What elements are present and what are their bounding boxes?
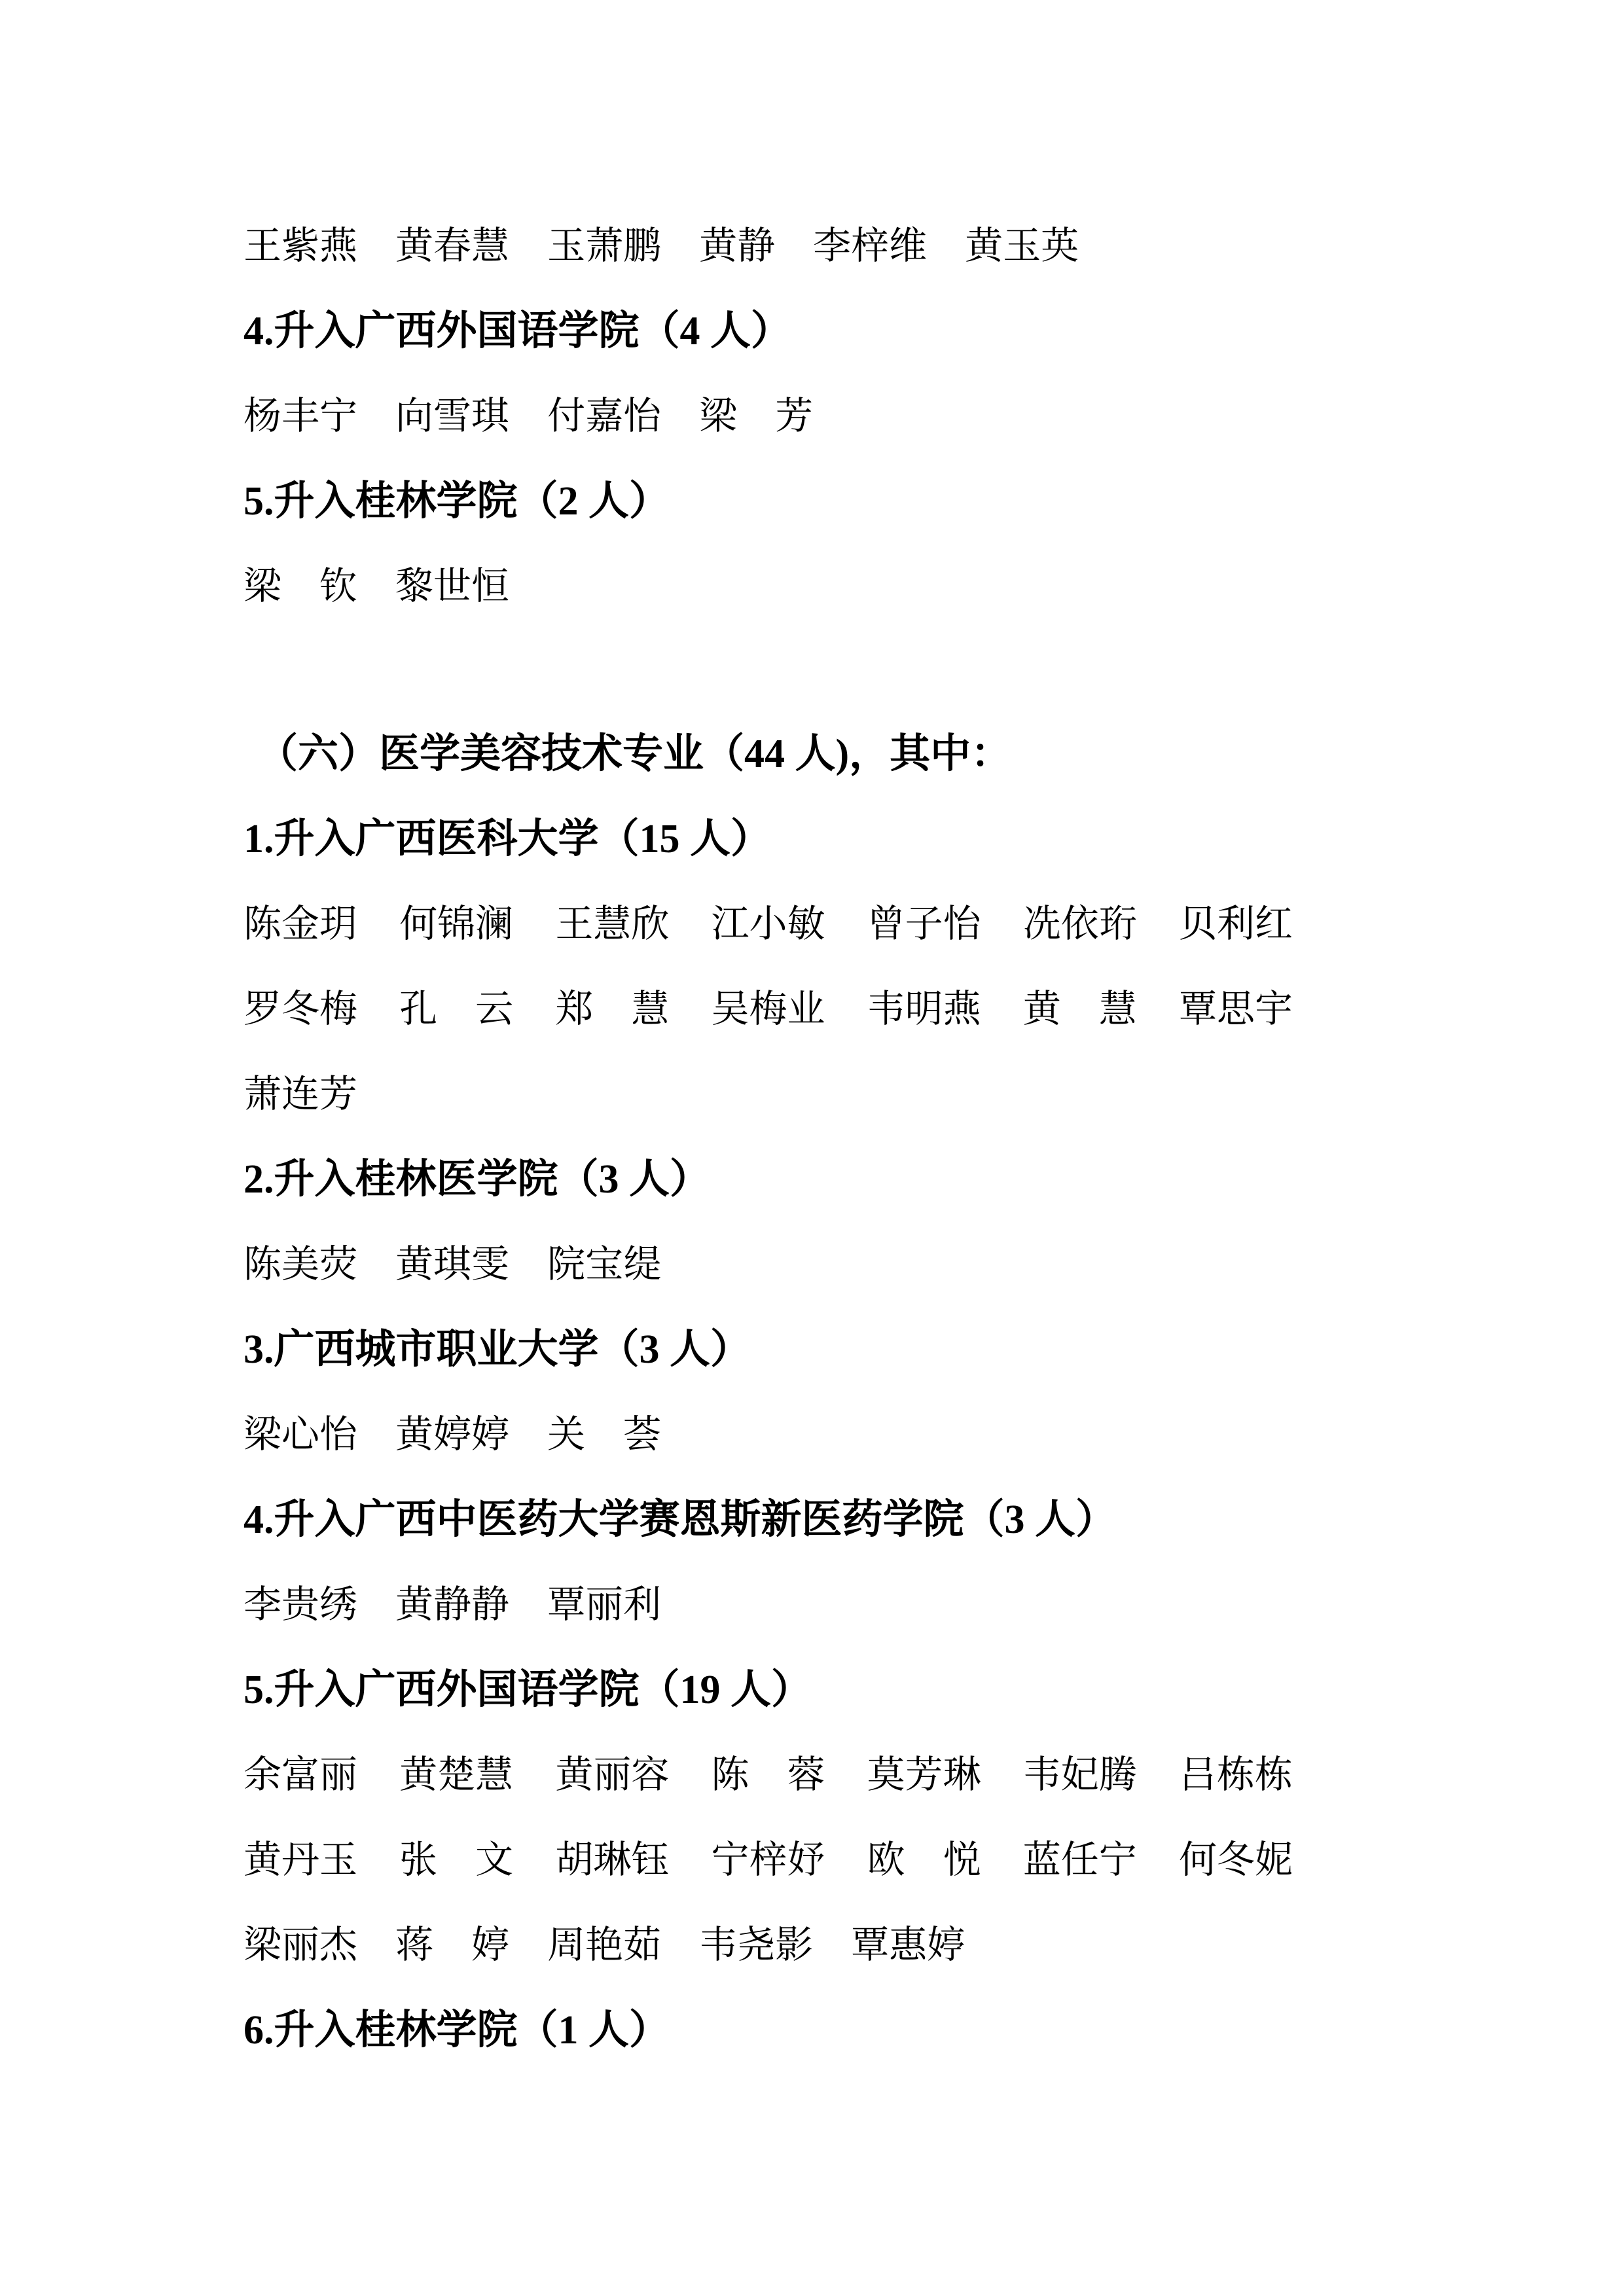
student-name: 贝利红: [1179, 882, 1293, 967]
subsection-heading: 3.广西城市职业大学（3 人）: [244, 1307, 1293, 1392]
student-name: 向雪琪: [395, 395, 509, 437]
student-name: 黄琪雯: [395, 1243, 509, 1285]
student-names-line: 杨丰宁 向雪琪 付嘉怡 梁 芳: [244, 374, 1293, 459]
student-name: 梁心怡: [244, 1413, 357, 1456]
student-name: 欧 悦: [867, 1818, 981, 1903]
student-name: 黄静: [699, 224, 775, 267]
student-names-line: 陈美荧 黄琪雯 院宝缇: [244, 1222, 1293, 1307]
student-name: 余富丽: [244, 1732, 357, 1818]
subsection-heading: 2.升入桂林医学院（3 人）: [244, 1137, 1293, 1222]
student-name: 吴梅业: [711, 967, 825, 1052]
student-name: 黄静静: [395, 1583, 509, 1626]
student-name: 杨丰宁: [244, 395, 357, 437]
student-name: 黄 慧: [1023, 967, 1137, 1052]
student-name: 李梓维: [813, 224, 927, 267]
subsection-heading: 4.升入广西外国语学院（4 人）: [244, 289, 1293, 374]
student-name: 韦明燕: [867, 967, 981, 1052]
student-names-line: 李贵绣 黄静静 覃丽利: [244, 1562, 1293, 1647]
student-name: 关 荟: [547, 1413, 661, 1456]
subsection-heading: 4.升入广西中医药大学赛恩斯新医药学院（3 人）: [244, 1477, 1293, 1562]
student-name: 梁 芳: [699, 395, 813, 437]
student-name: 陈美荧: [244, 1243, 357, 1285]
student-name: 李贵绣: [244, 1583, 357, 1626]
student-name: 梁丽杰: [244, 1924, 357, 1966]
student-name: 黄丽容: [555, 1732, 669, 1818]
student-names-line: 黄丹玉张 文胡琳钰宁梓妤欧 悦蓝任宁何冬妮: [244, 1818, 1293, 1903]
blank-line: [244, 629, 1293, 711]
student-name: 付嘉怡: [547, 395, 661, 437]
student-names-line: 余富丽黄楚慧黄丽容陈 蓉莫芳琳韦妃腾吕栋栋: [244, 1732, 1293, 1818]
student-name: 宁梓妤: [711, 1818, 825, 1903]
student-names-line: 梁 钦 黎世恒: [244, 544, 1293, 629]
section-heading: （六）医学美容技术专业（44 人)，其中：: [244, 711, 1293, 797]
student-name: 孔 云: [399, 967, 513, 1052]
student-names-line: 梁丽杰 蒋 婷 周艳茹 韦尧影 覃惠婷: [244, 1903, 1293, 1988]
student-name: 罗冬梅: [244, 967, 357, 1052]
student-name: 覃思宇: [1179, 967, 1293, 1052]
student-name: 张 文: [399, 1818, 513, 1903]
student-name: 黎世恒: [395, 565, 509, 607]
student-name: 王紫燕: [244, 224, 357, 267]
student-name: 江小敏: [711, 882, 825, 967]
student-name: 覃惠婷: [851, 1924, 965, 1966]
student-name: 吕栋栋: [1179, 1732, 1293, 1818]
student-name: 院宝缇: [547, 1243, 661, 1285]
student-names-line: 罗冬梅孔 云郑 慧吴梅业韦明燕黄 慧覃思宇: [244, 967, 1293, 1052]
student-name: 陈金玥: [244, 882, 357, 967]
student-name: 萧连芳: [244, 1073, 357, 1115]
student-name: 莫芳琳: [867, 1732, 981, 1818]
student-name: 蒋 婷: [395, 1924, 509, 1966]
student-names-line: 萧连芳: [244, 1052, 1293, 1137]
student-name: 蓝任宁: [1023, 1818, 1137, 1903]
student-name: 何冬妮: [1179, 1818, 1293, 1903]
student-name: 梁 钦: [244, 565, 357, 607]
subsection-heading: 1.升入广西医科大学（15 人）: [244, 797, 1293, 882]
document-page: 王紫燕 黄春慧 玉萧鹏 黄静 李梓维 黄玉英4.升入广西外国语学院（4 人）杨丰…: [0, 0, 1624, 2296]
student-names-line: 王紫燕 黄春慧 玉萧鹏 黄静 李梓维 黄玉英: [244, 204, 1293, 289]
student-name: 韦妃腾: [1023, 1732, 1137, 1818]
student-name: 黄玉英: [965, 224, 1079, 267]
subsection-heading: 5.升入桂林学院（2 人）: [244, 459, 1293, 544]
student-name: 覃丽利: [547, 1583, 661, 1626]
student-name: 黄丹玉: [244, 1818, 357, 1903]
student-name: 何锦澜: [399, 882, 513, 967]
student-name: 黄春慧: [395, 224, 509, 267]
student-names-line: 梁心怡 黄婷婷 关 荟: [244, 1392, 1293, 1477]
student-name: 郑 慧: [555, 967, 669, 1052]
subsection-heading: 6.升入桂林学院（1 人）: [244, 1988, 1293, 2073]
student-name: 黄婷婷: [395, 1413, 509, 1456]
student-name: 胡琳钰: [555, 1818, 669, 1903]
student-name: 王慧欣: [555, 882, 669, 967]
student-name: 周艳茹: [547, 1924, 661, 1966]
student-name: 玉萧鹏: [547, 224, 661, 267]
student-name: 陈 蓉: [711, 1732, 825, 1818]
student-name: 曾子怡: [867, 882, 981, 967]
student-name: 黄楚慧: [399, 1732, 513, 1818]
student-name: 冼依珩: [1023, 882, 1137, 967]
student-name: 韦尧影: [699, 1924, 813, 1966]
student-names-line: 陈金玥何锦澜王慧欣江小敏曾子怡冼依珩贝利红: [244, 882, 1293, 967]
subsection-heading: 5.升入广西外国语学院（19 人）: [244, 1647, 1293, 1732]
